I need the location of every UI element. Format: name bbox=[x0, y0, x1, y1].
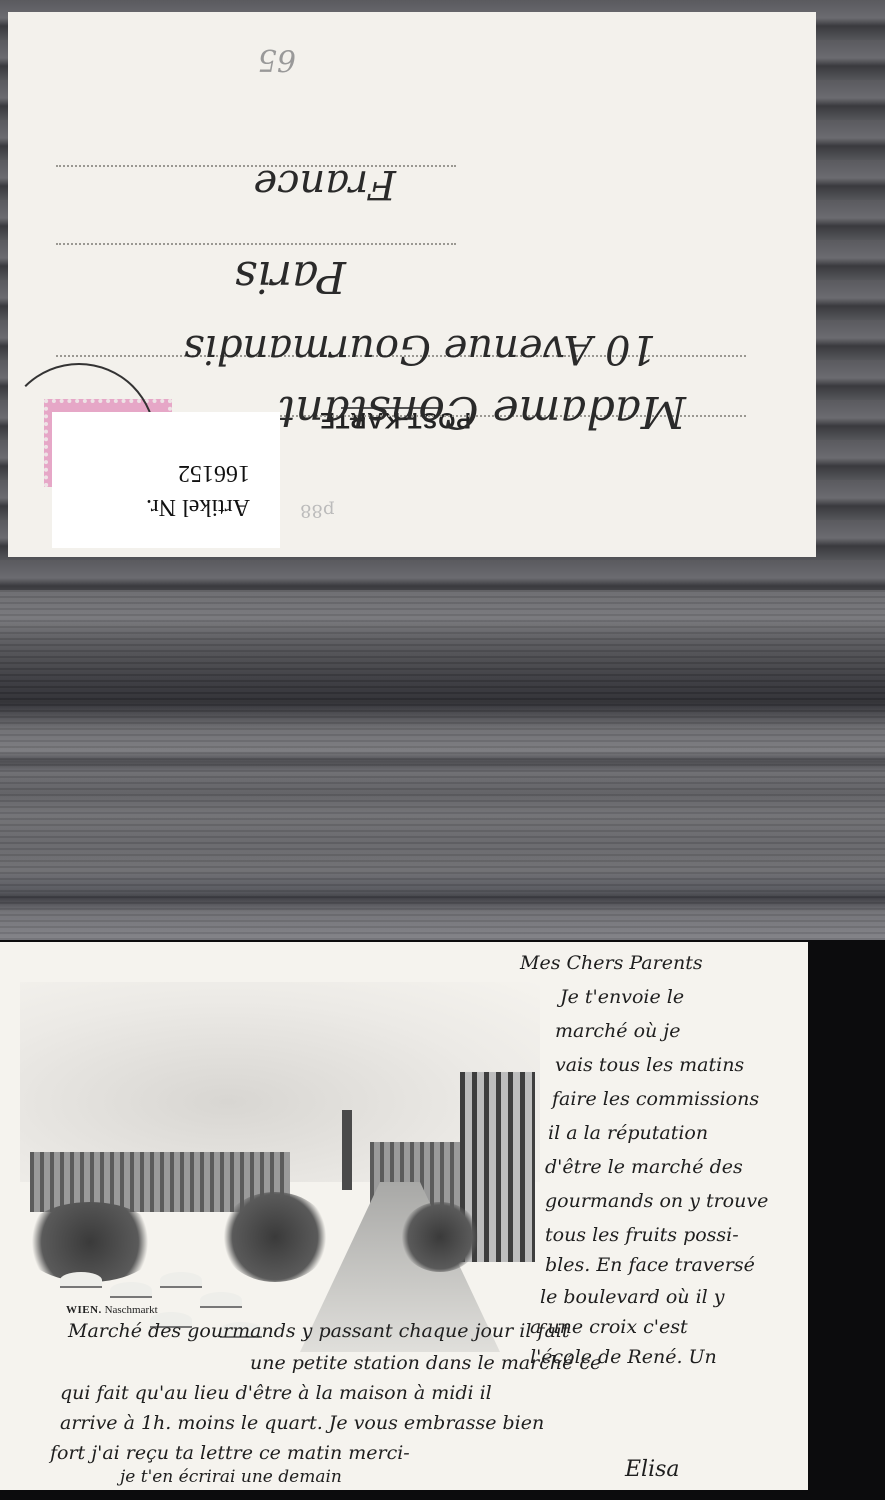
market-umbrella bbox=[60, 1272, 102, 1288]
message-line: arrive à 1h. moins le quart. Je vous emb… bbox=[60, 1412, 544, 1434]
article-number: 166152 bbox=[178, 459, 250, 486]
article-label-text: Artikel Nr. bbox=[146, 493, 250, 520]
trees-center bbox=[220, 1192, 330, 1282]
message-line: gourmands on y trouve bbox=[545, 1190, 768, 1212]
message-line: qui fait qu'au lieu d'être à la maison à… bbox=[60, 1382, 492, 1404]
message-line: fort j'ai reçu ta lettre ce matin merci- bbox=[50, 1442, 410, 1464]
message-line: je t'en écrirai une demain bbox=[120, 1467, 342, 1487]
message-line: Marché des gourmands y passant chaque jo… bbox=[68, 1320, 570, 1342]
message-line: le boulevard où il y bbox=[540, 1286, 725, 1308]
message-line: tous les fruits possi- bbox=[545, 1224, 739, 1246]
address-recipient: Madame Constant bbox=[278, 386, 686, 437]
article-number-label: Artikel Nr. 166152 bbox=[52, 412, 280, 548]
address-city: Paris bbox=[234, 251, 346, 302]
trees-left bbox=[20, 1202, 160, 1282]
market-umbrella bbox=[160, 1272, 202, 1288]
message-line: d'être le marché des bbox=[545, 1156, 743, 1178]
message-line: Mes Chers Parents bbox=[520, 952, 703, 974]
church-spire bbox=[342, 1110, 352, 1190]
message-line: Je t'envoie le bbox=[560, 986, 684, 1008]
message-line: il a la réputation bbox=[548, 1122, 708, 1144]
corner-note: 65 bbox=[258, 42, 296, 77]
market-umbrella bbox=[200, 1292, 242, 1308]
caption-city: WIEN. bbox=[66, 1304, 102, 1316]
photo-caption: WIEN. Naschmarkt bbox=[66, 1304, 158, 1316]
caption-place: Naschmarkt bbox=[105, 1304, 158, 1316]
postcard-front: WIEN. Naschmarkt Mes Chers Parents Je t'… bbox=[0, 942, 808, 1490]
message-line: vais tous les matins bbox=[555, 1054, 744, 1076]
pencil-note: p88 bbox=[300, 500, 334, 521]
market-umbrella bbox=[110, 1282, 152, 1298]
address-street: 10 Avenue Gourmandis bbox=[184, 326, 656, 372]
trees-right bbox=[400, 1202, 480, 1272]
scanner-background-stripes bbox=[0, 590, 885, 940]
signature: Elisa bbox=[625, 1457, 680, 1482]
message-line: une petite station dans le marché ce bbox=[250, 1352, 601, 1374]
address-line-3 bbox=[56, 243, 456, 245]
naschmarkt-photo bbox=[20, 982, 540, 1342]
address-country: France bbox=[253, 161, 396, 207]
message-line: bles. En face traversé bbox=[545, 1254, 755, 1276]
message-line: faire les commissions bbox=[552, 1088, 759, 1110]
message-line: marché où je bbox=[555, 1020, 680, 1042]
